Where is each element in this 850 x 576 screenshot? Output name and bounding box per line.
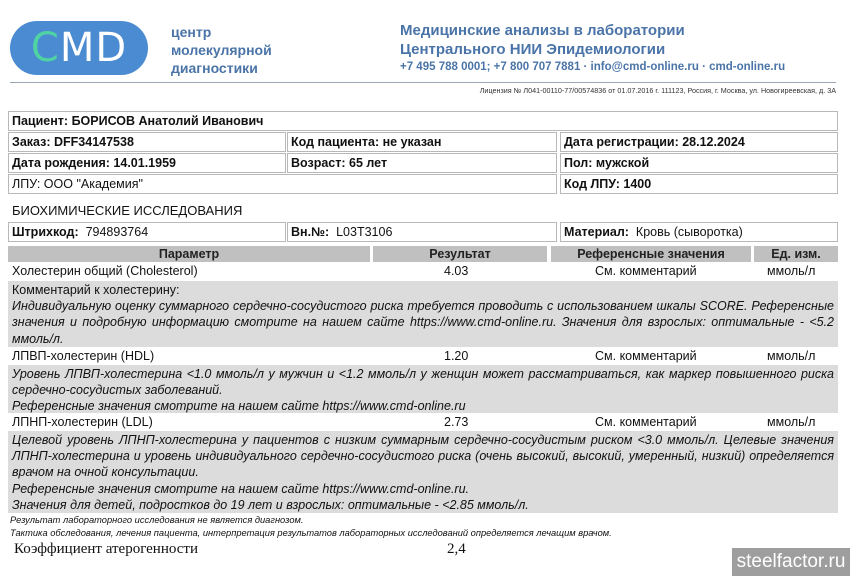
- comment-text-extra: Референсные значения смотрите на нашем с…: [12, 481, 834, 497]
- column-header-parameter: Параметр: [8, 246, 370, 262]
- barcode-field: Штрихкод: 794893764: [8, 222, 286, 242]
- internal-number-label: Вн.№:: [291, 225, 329, 239]
- ldl-comment: Целевой уровень ЛПНП-холестерина у пацие…: [8, 431, 838, 513]
- column-header-unit: Ед. изм.: [754, 246, 838, 262]
- brand-line: диагностики: [171, 59, 272, 77]
- parameter-name: Холестерин общий (Cholesterol): [12, 263, 198, 280]
- reference-value: См. комментарий: [595, 414, 697, 431]
- lab-title-line: Центрального НИИ Эпидемиологии: [400, 41, 685, 60]
- age: Возраст: 65 лет: [287, 153, 557, 173]
- birth-date: Дата рождения: 14.01.1959: [8, 153, 286, 173]
- brand-line: молекулярной: [171, 41, 272, 59]
- atherogenic-coefficient-label: Коэффициент атерогенности: [14, 541, 198, 558]
- logo-text: CMD: [10, 25, 148, 71]
- internal-number-value: L03T3106: [336, 225, 392, 239]
- section-title: БИОХИМИЧЕСКИЕ ИССЛЕДОВАНИЯ: [12, 203, 242, 218]
- material-field: Материал: Кровь (сыворотка): [560, 222, 838, 242]
- lpu-code: Код ЛПУ: 1400: [560, 174, 838, 194]
- sex: Пол: мужской: [560, 153, 838, 173]
- logo-letter-c: C: [31, 25, 60, 71]
- table-row: ЛПНП-холестерин (LDL) 2.73 См. комментар…: [8, 414, 838, 431]
- result-value: 1.20: [444, 348, 468, 365]
- cmd-logo: CMD: [10, 21, 148, 75]
- barcode-value: 794893764: [86, 225, 149, 239]
- column-header-result: Результат: [373, 246, 547, 262]
- header-divider: [10, 82, 836, 83]
- table-row: Холестерин общий (Cholesterol) 4.03 См. …: [8, 263, 838, 280]
- reference-value: См. комментарий: [595, 263, 697, 280]
- logo-letters-md: MD: [60, 25, 127, 71]
- disclaimer-line-2: Тактика обследования, лечения пациента, …: [10, 528, 612, 538]
- column-header-reference: Референсные значения: [551, 246, 751, 262]
- lpu: ЛПУ: ООО "Академия": [8, 174, 557, 194]
- registration-date: Дата регистрации: 28.12.2024: [560, 132, 838, 152]
- hdl-comment: Уровень ЛПВП-холестерина <1.0 ммоль/л у …: [8, 365, 838, 413]
- comment-text: Индивидуальную оценку суммарного сердечн…: [12, 298, 834, 347]
- brand-line: центр: [171, 23, 272, 41]
- comment-title: Комментарий к холестерину:: [12, 282, 834, 298]
- internal-number-field: Вн.№: L03T3106: [287, 222, 557, 242]
- parameter-name: ЛПНП-холестерин (LDL): [12, 414, 153, 431]
- reference-value: См. комментарий: [595, 348, 697, 365]
- material-value: Кровь (сыворотка): [636, 225, 743, 239]
- result-value: 2.73: [444, 414, 468, 431]
- comment-text: Уровень ЛПВП-холестерина <1.0 ммоль/л у …: [12, 366, 834, 398]
- unit-value: ммоль/л: [767, 348, 815, 365]
- brand-name: центр молекулярной диагностики: [171, 23, 272, 77]
- cholesterol-comment: Комментарий к холестерину: Индивидуальну…: [8, 281, 838, 347]
- atherogenic-coefficient-value: 2,4: [447, 541, 466, 558]
- material-label: Материал:: [564, 225, 629, 239]
- contacts: +7 495 788 0001; +7 800 707 7881 · info@…: [400, 61, 785, 73]
- lab-title: Медицинские анализы в лаборатории Центра…: [400, 22, 685, 59]
- table-row: ЛПВП-холестерин (HDL) 1.20 См. комментар…: [8, 348, 838, 365]
- result-value: 4.03: [444, 263, 468, 280]
- unit-value: ммоль/л: [767, 414, 815, 431]
- comment-text-extra2: Значения для детей, подростков до 19 лет…: [12, 497, 834, 513]
- barcode-label: Штрихкод:: [12, 225, 79, 239]
- comment-text-extra: Референсные значения смотрите на нашем с…: [12, 398, 834, 414]
- parameter-name: ЛПВП-холестерин (HDL): [12, 348, 154, 365]
- patient-code: Код пациента: не указан: [287, 132, 557, 152]
- order-number: Заказ: DFF34147538: [8, 132, 286, 152]
- lab-title-line: Медицинские анализы в лаборатории: [400, 22, 685, 41]
- watermark: steelfactor.ru: [732, 548, 850, 576]
- comment-text: Целевой уровень ЛПНП-холестерина у пацие…: [12, 432, 834, 481]
- unit-value: ммоль/л: [767, 263, 815, 280]
- disclaimer-line-1: Результат лабораторного исследования не …: [10, 515, 303, 525]
- license-text: Лицензия № Л041-00110-77/00574836 от 01.…: [400, 86, 836, 95]
- patient-name: Пациент: БОРИСОВ Анатолий Иванович: [8, 111, 838, 131]
